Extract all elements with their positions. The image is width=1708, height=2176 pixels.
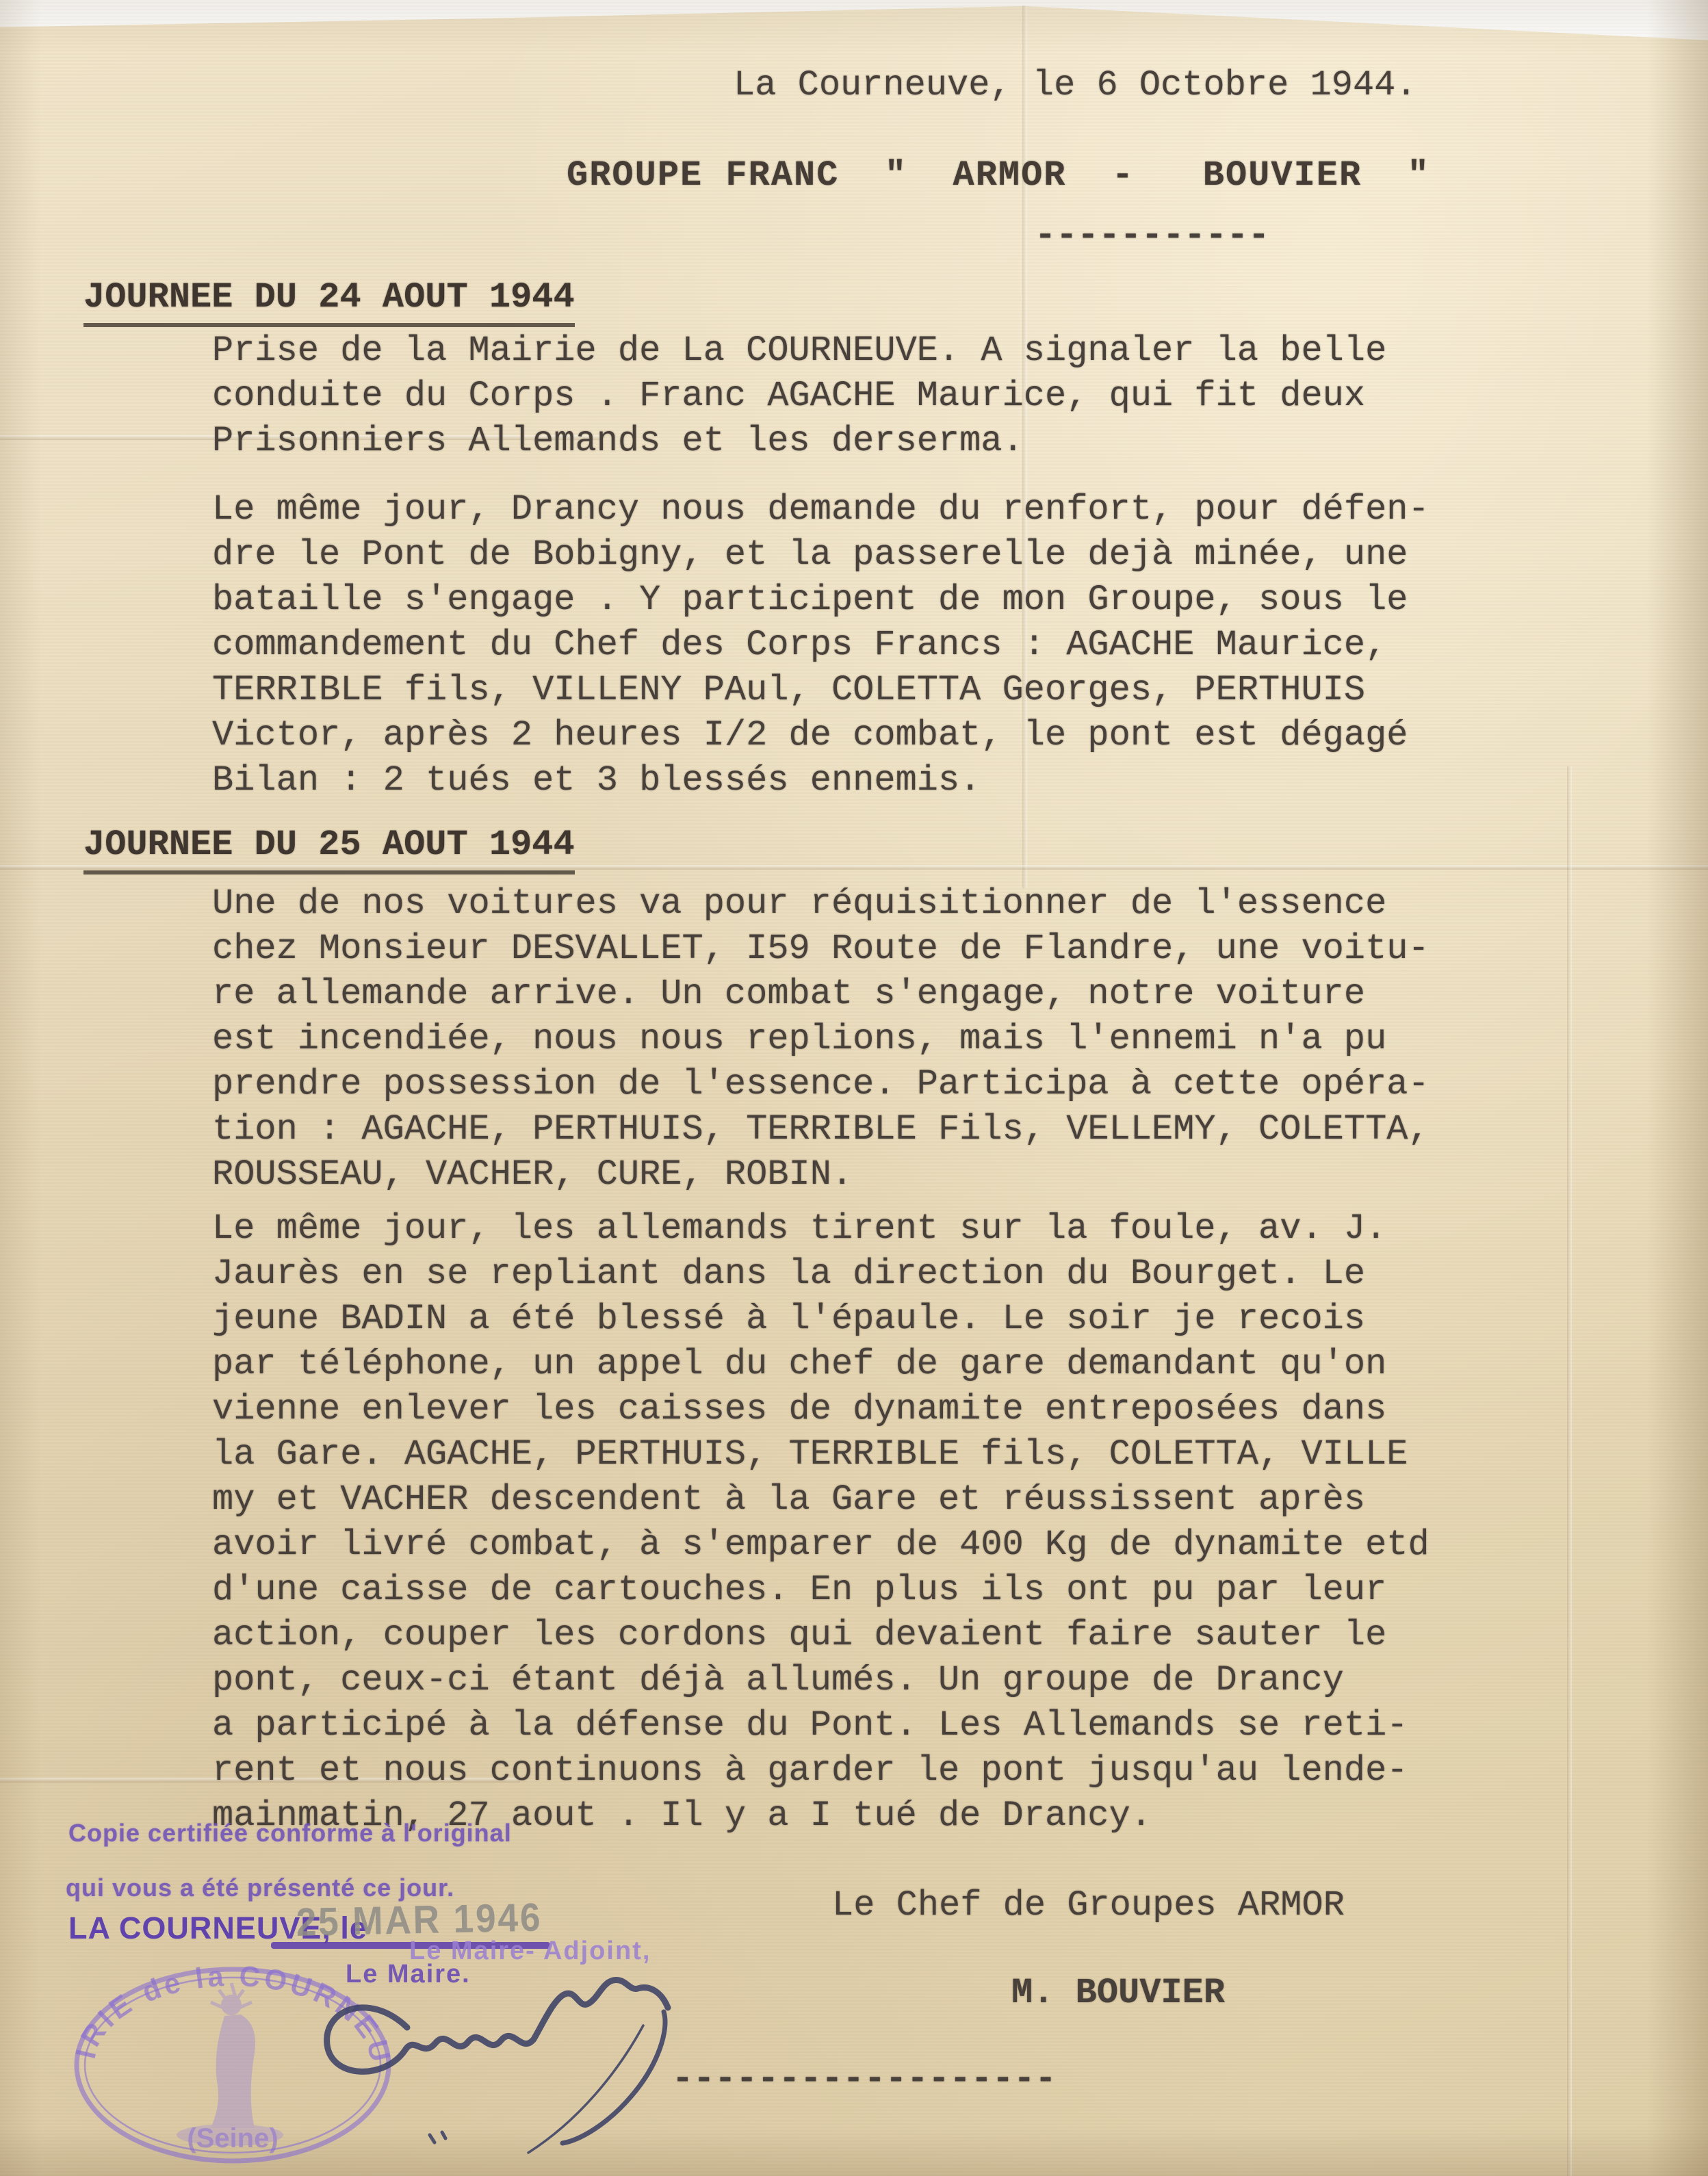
dateline: La Courneuve, le 6 Octobre 1944. xyxy=(734,63,1417,108)
paragraph-24-aout-1: Prise de la Mairie de La COURNEUVE. A si… xyxy=(212,328,1386,464)
signature xyxy=(287,1963,807,2176)
seal-figure-marianne xyxy=(177,1983,283,2146)
section-title-25-aout: JOURNEE DU 25 AOUT 1944 xyxy=(83,823,575,875)
paragraph-25-aout-1: Une de nos voitures va pour réquisitionn… xyxy=(212,881,1429,1197)
document-scan: La Courneuve, le 6 Octobre 1944. GROUPE … xyxy=(0,0,1708,2176)
paragraph-25-aout-2: Le même jour, les allemands tirent sur l… xyxy=(212,1206,1429,1839)
group-heading: GROUPE FRANC " ARMOR - BOUVIER " xyxy=(567,153,1430,198)
certification-stamp-line1: Copie certifiée conforme à l'original xyxy=(68,1819,512,1848)
closing-role-line: Le Chef de Groupes ARMOR xyxy=(832,1883,1345,1928)
paragraph-24-aout-2: Le même jour, Drancy nous demande du ren… xyxy=(212,487,1429,803)
section-title-24-aout: JOURNEE DU 24 AOUT 1944 xyxy=(83,275,575,327)
heading-separator: ----------- xyxy=(1035,213,1269,259)
closing-signatory: M. BOUVIER xyxy=(1011,1971,1225,2016)
